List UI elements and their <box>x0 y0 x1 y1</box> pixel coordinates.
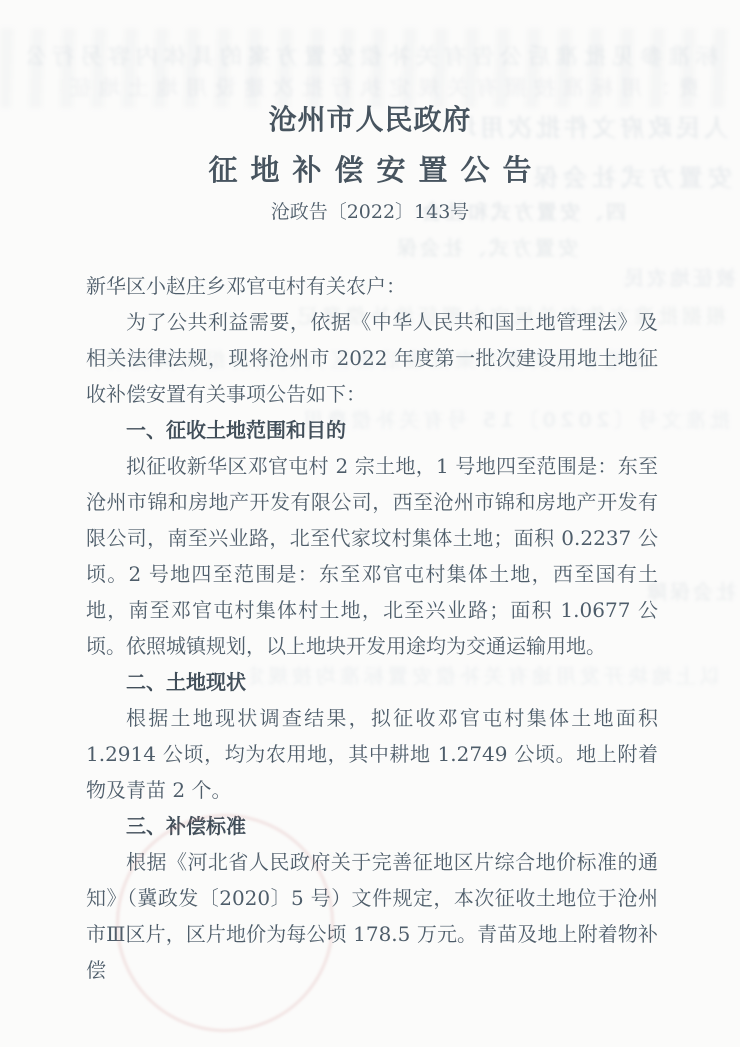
section-3-heading: 三、补偿标准 <box>86 808 658 844</box>
bleedthrough-text: 安置方式、社会保障 <box>398 232 578 261</box>
document-header: 沧州市人民政府 征地补偿安置公告 沧政告〔2022〕143号 <box>0 0 740 226</box>
section-1-heading: 一、征收土地范围和目的 <box>86 412 658 448</box>
section-1-body: 拟征收新华区邓官屯村 2 宗土地，1 号地四至范围是：东至沧州市锦和房地产开发有… <box>86 448 658 664</box>
document-subtitle: 征地补偿安置公告 <box>0 150 740 190</box>
intro-paragraph: 为了公共利益需要，依据《中华人民共和国土地管理法》及相关法律法规，现将沧州市 2… <box>86 304 658 412</box>
section-2-body: 根据土地现状调查结果，拟征收邓官屯村集体土地面积 1.2914 公顷，均为农用地… <box>86 700 658 808</box>
document-body: 新华区小赵庄乡邓官屯村有关农户： 为了公共利益需要，依据《中华人民共和国土地管理… <box>86 268 658 988</box>
salutation: 新华区小赵庄乡邓官屯村有关农户： <box>86 268 658 304</box>
section-2-heading: 二、土地现状 <box>86 664 658 700</box>
scanned-notice-page: 标准参见批准后公告有关补偿安置方案的具体内容另行公告 费：用标准按照有关规定执行… <box>0 0 740 1047</box>
document-number: 沧政告〔2022〕143号 <box>0 199 740 226</box>
section-3-body: 根据《河北省人民政府关于完善征地区片综合地价标准的通知》（冀政发〔2020〕5 … <box>86 844 658 988</box>
document-title: 沧州市人民政府 <box>0 101 740 139</box>
